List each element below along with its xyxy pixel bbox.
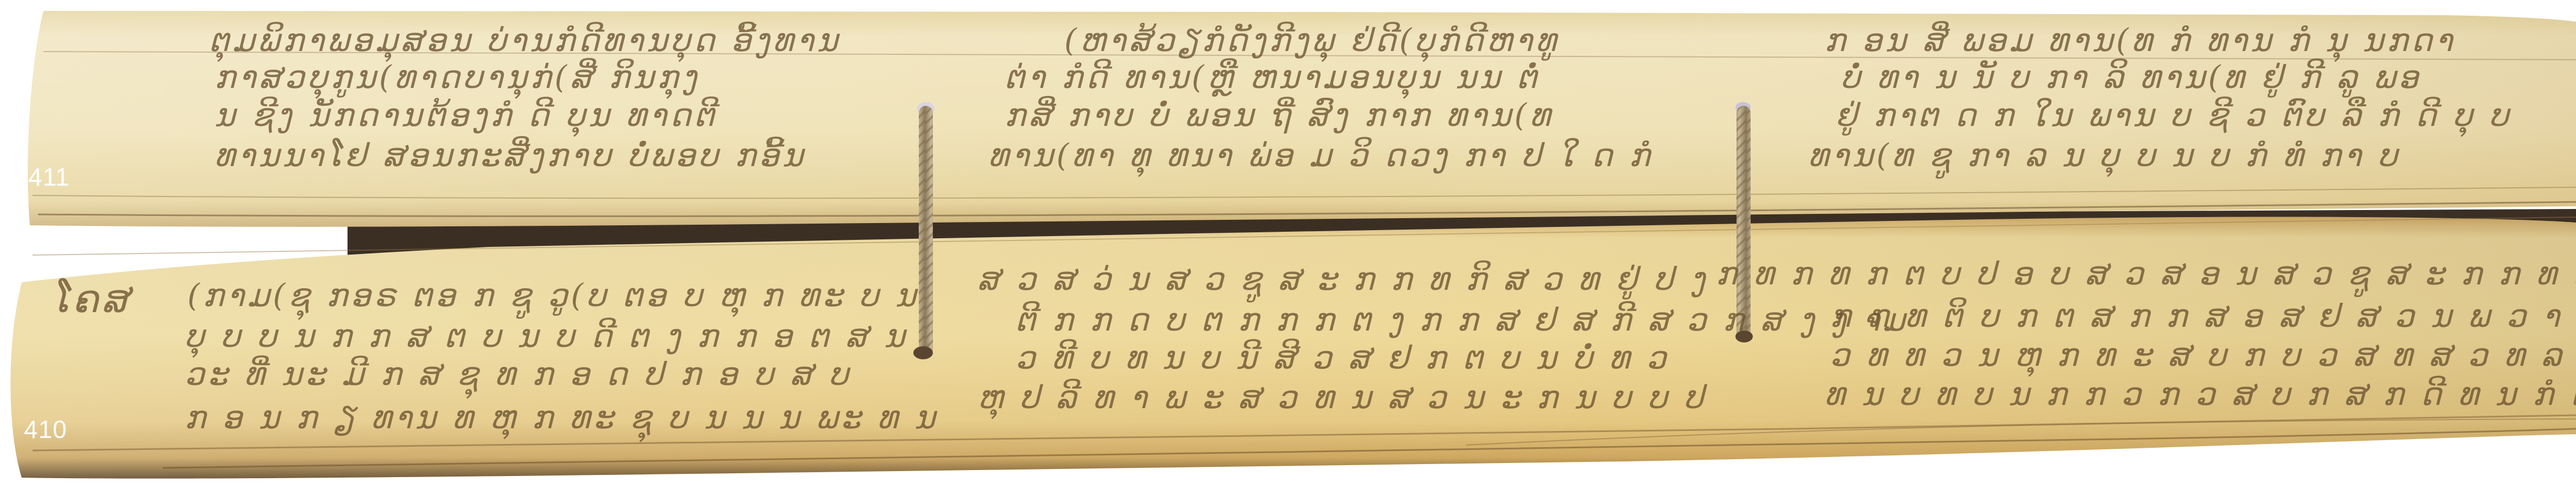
leaf-411-line: ຢູ່ ກາຕ ດ ກ ໃນ ພານ ບ ຊີ ວ ຕົບ ລື ກໍ ດີ ບ… (1835, 97, 2512, 134)
leaf-410-line: ວ ທີ ບ ທ ນ ບ ນີ ສີ ວ ສ ຢ ກ ຕ ບ ນ ບໍ່ ທ ວ (1015, 339, 1670, 376)
leaf-411-line: ກສີ່ ກາບ ບໍ່ ພອນ ຖີ່ ສົງ ກາກ ທານ(ທ (1005, 97, 1554, 134)
leaf-411-line: ທານ(ທາ ທຸ ທນາ ພ່ອ ມ ວິ ດວງ ກາ ປ ໃ ດ ກໍ (988, 137, 1653, 174)
leaf-411-line: ທານ(ທ ຊູ ກາ ລ ນ ບຸ ບ ນ ບ ກໍ ທໍ ກາ ບ (1808, 137, 2401, 174)
leaf-410-margin-mark: ໂຄສ (52, 277, 132, 321)
leaf-410-line: ຫຸ ປ ລີ ທ າ ພ ະ ສ ວ ທ ນ ສ ວ ນ ະ ກ ນ ບ ບ … (977, 379, 1707, 416)
leaf-411-line: ຕຸມພິກາພອມຸສອນ ບ່ານກໍດີທານບຸດ ອີ້ງທານ (209, 22, 841, 59)
leaf-411-line: ກາສວບຸກູນ(ທາດບານຸກ່(ສີ່ ກິນກຸງ (214, 59, 700, 96)
page-number-label-411: 411 (28, 164, 70, 189)
leaf-410-line: ສ ວ ສ ວ່ ນ ສ ວ ຊູ ສ ະ ກ ກ ທ ກິ ສ ວ ທ ຢູ່… (977, 261, 1708, 297)
leaf-411-line: ຕ່າ ກໍດີ ທານ(ຫຼື ຫນາມອນບຸນ ນນ ຕໍ່ (1005, 59, 1540, 96)
leaf-411-line: ກ ອນ ສີ່ ພອມ ທານ(ທ ກໍ ທານ ກໍ ນຸ ນກດາ (1824, 22, 2455, 59)
page-number-label-410: 410 (24, 417, 67, 442)
leaf-410-line: ບຸ ບ ບ ນ ກ ກ ສ ຕ ບ ນ ບ ດີ ຕ ງ ກ ກ ອ ຕ ສ … (185, 318, 908, 354)
leaf-411-line: ນ ຊີງ ນັກດານຕ້ອງກໍ ດີ ບຸນ ທາດຕີ (214, 97, 718, 134)
manuscript-photo: ຕຸມພິກາພອມຸສອນ ບ່ານກໍດີທານບຸດ ອີ້ງທານ ກາ… (0, 0, 2576, 495)
leaf-411-line: ບໍ່ ທາ ນ ນັ ບ ກາ ລິ ທານ(ທ ຢູ່ ກີ ລູ ພອ (1841, 59, 2422, 96)
leaf-411-line: (ຫາສ້ວຽກໍດັງກີງພຸ ຢ່ດີ(ບຸກໍດີຫາທູ (1064, 22, 1560, 59)
leaf-411-line: ທານນາໂຢ ສອນກະສີ່ງກາບ ບໍ່ພອບ ກອີ້ນ (214, 137, 806, 174)
leaf-410-line: ວະ ທີ່ ນະ ມີ ກ ສ ຊຸ ທ ກ ອ ດ ປ ກ ອ ບ ສ ບ (185, 356, 852, 392)
leaf-410-line: ກ ທ ກ ທ ກ ຕ ບ ປ ອ ບ ສ ວ ສ ອ ນ ສ ວ ຊູ ສ ະ… (1716, 255, 2576, 292)
leaf-410-line: ທ ນ ບ ທ ບ ນ ກ ກ ວ ກ ວ ສ ບ ກ ສ ກ ດີ ທ ນ ກ… (1824, 376, 2576, 412)
leaf-410-line: ກ ກ ທ ຕິ ບ ກ ຕ ສ ກ ກ ສ ອ ສ ຢ ສ ວ ນ ພ ວ າ… (1830, 297, 2576, 334)
leaf-410-line: (ກາມ(ຊຸ ກອຣ ຕອ ກ ຊູ ວູ(ບ ຕອ ບ ຫຸ ກ ທະ ບ … (187, 277, 919, 314)
leaf-410-line: ຕີ ກ ກ ດ ບ ຕ ກ ກ ກ ຕ ງ ກ ກ ສ ຢ ສ ກີ ສ ວ … (1015, 301, 1908, 338)
leaf-410-line: ກ ອ ນ ກ ຽ ທານ ທ ຫຸ ກ ທະ ຊຸ ບ ນ ນ ນ ພະ ທ … (185, 399, 938, 436)
leaf-410-line: ວ ທ ທ ວ ນ ຫຸ ກ ທ ະ ສ ບ ກ ບ ວ ສ ທ ສ ວ ທ ລ… (1830, 337, 2576, 373)
